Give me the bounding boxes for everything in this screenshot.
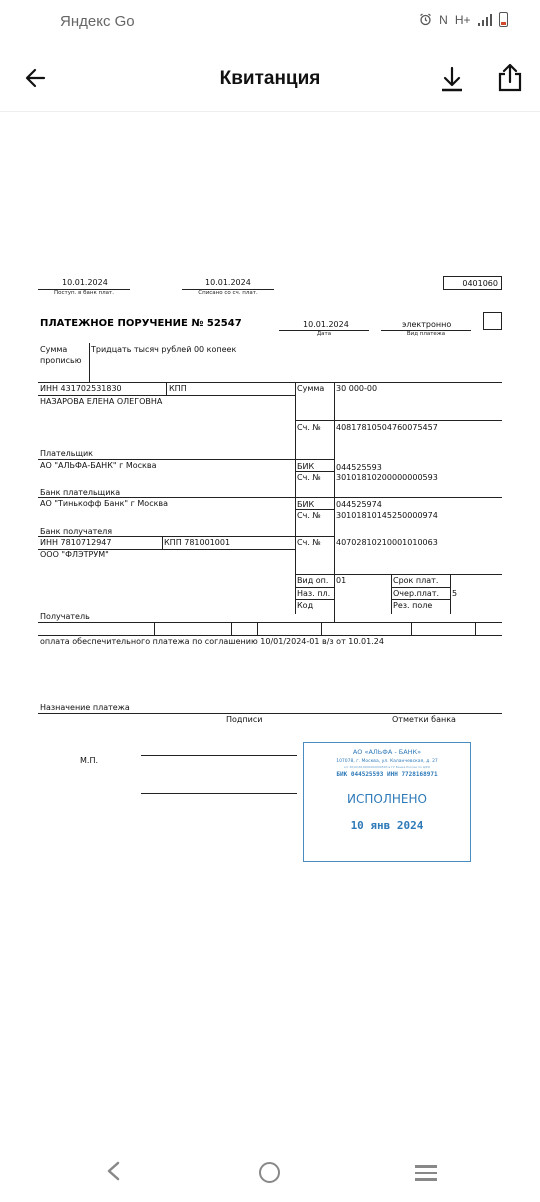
op-type: 01 [336, 576, 346, 585]
payment-order-document: 10.01.2024 Поступ. в банк плат. 10.01.20… [0, 0, 540, 1202]
payer-bank-name: АО "АЛЬФА-БАНК" г Москва [40, 461, 156, 470]
mark-box [483, 312, 502, 330]
stamp-bank: АО «АЛЬФА - БАНК» [304, 748, 470, 756]
document-date: 10.01.2024 [303, 320, 349, 329]
amount-words: Тридцать тысяч рублей 00 копеек [91, 345, 236, 354]
bank-stamp: АО «АЛЬФА - БАНК» 107078, г. Москва, ул.… [303, 742, 471, 862]
bank-marks-label: Отметки банка [392, 715, 456, 724]
form-code-box: 0401060 [443, 276, 502, 290]
reserve-label: Рез. поле [393, 601, 432, 610]
debited-label: Списано со сч. плат. [182, 290, 274, 296]
recipient-inn: ИНН 7810712947 [40, 538, 111, 547]
stamp-corr-account: к/с 30101810200000000593 в ГУ Банка Росс… [304, 765, 470, 769]
purpose-code-label: Наз. пл. [297, 589, 330, 598]
document-title: ПЛАТЕЖНОЕ ПОРУЧЕНИЕ № 52547 [40, 318, 242, 329]
stamp-address: 107078, г. Москва, ул. Каланчевская, д. … [304, 759, 470, 764]
seal-label: М.П. [80, 756, 98, 765]
recipient-name: ООО "ФЛЭТРУМ" [40, 550, 109, 559]
stamp-status: ИСПОЛНЕНО [304, 792, 470, 806]
payer-bank-bik-label: БИК [297, 462, 314, 471]
signatures-label: Подписи [226, 715, 262, 724]
debited-date: 10.01.2024 [205, 278, 251, 287]
payment-type: электронно [402, 320, 451, 329]
recipient-bank-account: 30101810145250000974 [336, 511, 438, 520]
payer-label: Плательщик [40, 449, 93, 458]
recipient-label: Получатель [40, 612, 90, 621]
recipient-account: 40702810210001010063 [336, 538, 438, 547]
nav-home-icon[interactable] [259, 1162, 280, 1183]
op-type-label: Вид оп. [297, 576, 328, 585]
amount-value: 30 000-00 [336, 384, 377, 393]
purpose-label: Назначение платежа [40, 703, 130, 712]
amount-words-label: Сумма [40, 345, 67, 354]
date-label: Дата [279, 331, 369, 337]
amount-words-label-2: прописью [40, 356, 81, 365]
recipient-bank-bik-label: БИК [297, 500, 314, 509]
payer-inn: ИНН 431702531830 [40, 384, 122, 393]
payer-account-label: Сч. № [297, 423, 321, 432]
payer-bank-account: 30101810200000000593 [336, 473, 438, 482]
nav-back-icon[interactable] [103, 1160, 125, 1182]
recipient-bank-name: АО "Тинькофф Банк" г Москва [40, 499, 168, 508]
stamp-date: 10 янв 2024 [304, 819, 470, 832]
recipient-account-label: Сч. № [297, 538, 321, 547]
form-code: 0401060 [462, 279, 498, 288]
payer-bank-bik: 044525593 [336, 463, 382, 472]
priority-label: Очер.плат. [393, 589, 439, 598]
system-nav-bar [0, 1140, 540, 1202]
due-label: Срок плат. [393, 576, 438, 585]
recipient-bank-label: Банк получателя [40, 527, 112, 536]
payer-account: 40817810504760075457 [336, 423, 438, 432]
priority: 5 [452, 589, 457, 598]
payment-purpose: оплата обеспечительного платежа по согла… [40, 637, 384, 646]
amount-label: Сумма [297, 384, 324, 393]
code-label: Код [297, 601, 313, 610]
recipient-bank-account-label: Сч. № [297, 511, 321, 520]
payer-kpp: КПП [169, 384, 187, 393]
payer-bank-account-label: Сч. № [297, 473, 321, 482]
stamp-ids: БИК 044525593 ИНН 7728168971 [304, 771, 470, 778]
payer-bank-label: Банк плательщика [40, 488, 120, 497]
recipient-bank-bik: 044525974 [336, 500, 382, 509]
received-label: Поступ. в банк плат. [38, 290, 130, 296]
received-date: 10.01.2024 [62, 278, 108, 287]
nav-menu-icon[interactable] [415, 1165, 437, 1181]
payment-type-label: Вид платежа [381, 331, 471, 337]
payer-name: НАЗАРОВА ЕЛЕНА ОЛЕГОВНА [40, 397, 162, 406]
recipient-kpp: КПП 781001001 [164, 538, 230, 547]
